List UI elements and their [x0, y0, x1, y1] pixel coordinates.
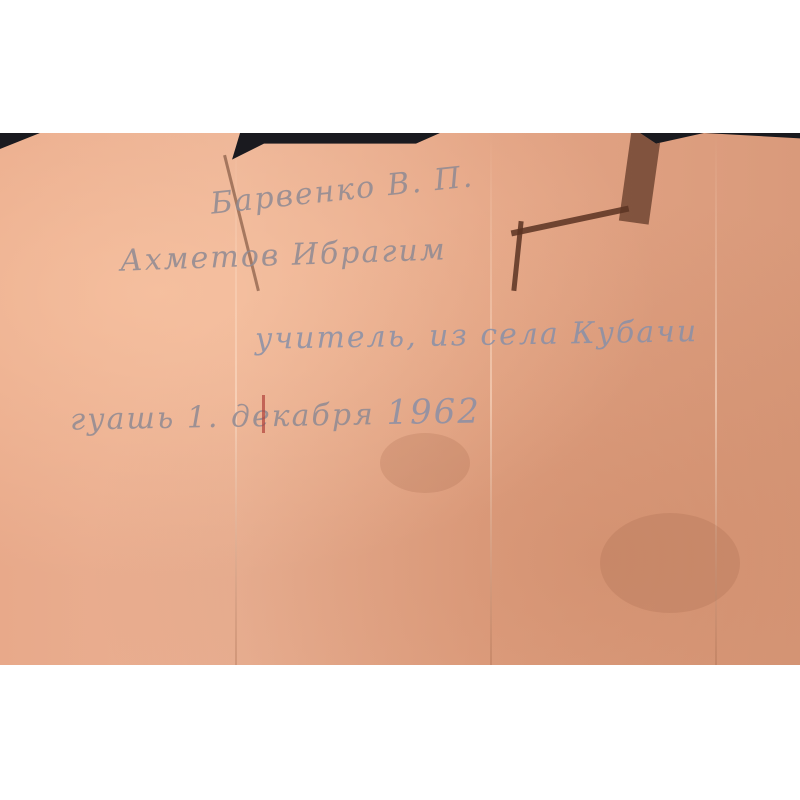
- paper-stain: [380, 433, 470, 493]
- paper-tear: [511, 206, 630, 237]
- handwriting-line-2: Ахметов Ибрагим: [119, 232, 447, 278]
- handwriting-line-4: гуашь 1. декабря 1962: [70, 391, 482, 438]
- paper-fold-line: [490, 133, 492, 665]
- handwriting-line-1: Барвенко В. П.: [209, 159, 476, 221]
- document-photo: Барвенко В. П. Ахметов Ибрагим учитель, …: [0, 133, 800, 665]
- handwriting-date: гуашь 1. декабря: [70, 397, 375, 437]
- paper-tear: [619, 133, 661, 225]
- paper-stain: [600, 513, 740, 613]
- red-pencil-mark: [262, 395, 265, 433]
- handwriting-year: 1962: [386, 391, 481, 433]
- handwriting-line-3: учитель, из села Кубачи: [255, 314, 699, 357]
- aged-paper-sheet: Барвенко В. П. Ахметов Ибрагим учитель, …: [0, 133, 800, 665]
